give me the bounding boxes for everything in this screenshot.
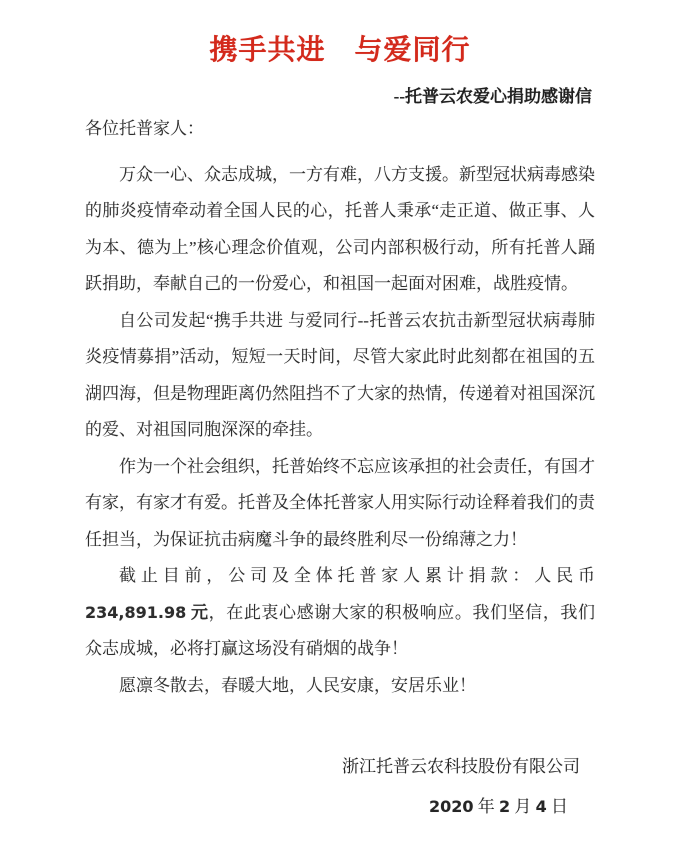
letter-title: 携手共进 与爱同行 [0, 30, 680, 70]
letter-subtitle: --托普云农爱心捐助感谢信 [0, 85, 592, 109]
paragraph-closing-wish: 愿凛冬散去，春暖大地，人民安康，安居乐业！ [85, 668, 595, 705]
salutation: 各位托普家人： [85, 111, 595, 148]
date-year-label: 年 [473, 797, 499, 816]
date-day-label: 日 [547, 797, 568, 816]
paragraph-campaign: 自公司发起“携手共进 与爱同行--托普云农抗击新型冠状病毒肺炎疫情募捐”活动，短… [85, 303, 595, 449]
paragraph-responsibility: 作为一个社会组织，托普始终不忘应该承担的社会责任，有国才有家，有家才有爱。托普及… [85, 449, 595, 559]
letter-date: 2020 年 2 月 4 日 [0, 787, 680, 827]
letter-body: 各位托普家人： 万众一心、众志成城，一方有难，八方支援。新型冠状病毒感染的肺炎疫… [85, 111, 595, 704]
thank-you-letter-document: 携手共进 与爱同行 --托普云农爱心捐助感谢信 各位托普家人： 万众一心、众志成… [0, 0, 680, 852]
paragraph-unity: 万众一心、众志成城，一方有难，八方支援。新型冠状病毒感染的肺炎疫情牵动着全国人民… [85, 157, 595, 303]
paragraph-donation-total: 截止目前，公司及全体托普家人累计捐款：人民币 234,891.98 元，在此衷心… [85, 558, 595, 668]
date-month: 2 [499, 797, 510, 816]
donation-amount: 234,891.98 [85, 603, 186, 622]
date-month-label: 月 [510, 797, 536, 816]
company-name: 浙江托普云农科技股份有限公司 [0, 747, 680, 787]
donation-text-prefix: 截止目前，公司及全体托普家人累计捐款：人民币 [119, 566, 595, 585]
date-day: 4 [536, 797, 547, 816]
date-year: 2020 [429, 797, 474, 816]
signature-block: 浙江托普云农科技股份有限公司 2020 年 2 月 4 日 [0, 747, 680, 827]
donation-currency-unit: 元 [186, 603, 208, 622]
